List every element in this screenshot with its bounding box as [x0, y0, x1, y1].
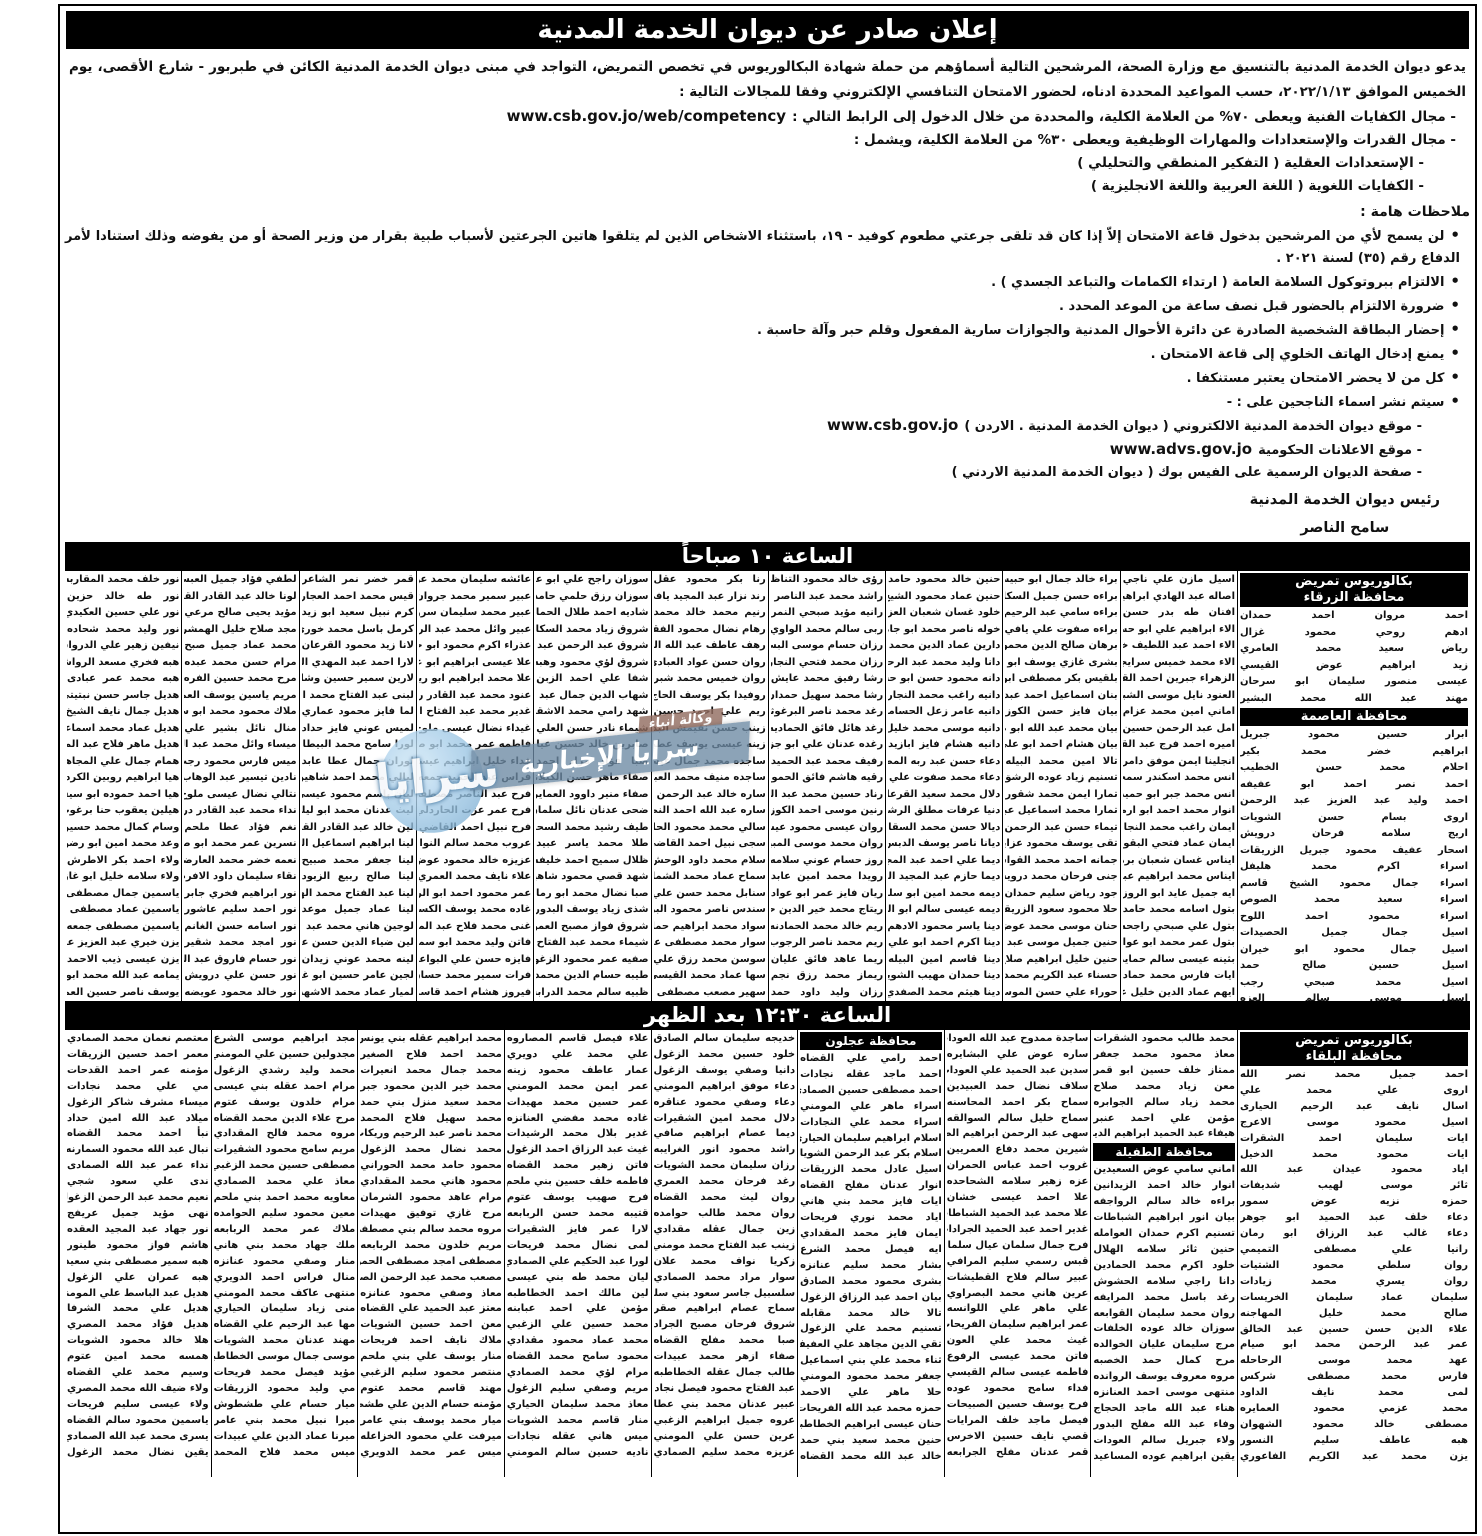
- candidate-name: نيفين زهير علي الدرواشي: [67, 638, 179, 655]
- candidate-name: غاده محمد يوسف الكسواني: [419, 902, 531, 919]
- notes-title: ملاحظات هامة :: [65, 200, 1470, 224]
- signature-block: رئيس ديوان الخدمة المدنية سامح الناصر: [1250, 492, 1440, 536]
- field-text: - الإستعدادات العقلية ( التفكير المنطقي …: [1077, 155, 1424, 171]
- candidate-name: فرح يوسف حسين الصبيحات: [947, 1397, 1089, 1413]
- candidate-name: سها عماد محمد القيسي: [654, 968, 766, 985]
- candidate-name: جود رياض سليم حمدان: [1005, 886, 1117, 903]
- candidate-name: محمد طالب محمود الشقرات: [1093, 1031, 1235, 1047]
- bullet-icon: •: [1444, 344, 1460, 362]
- candidate-name: غدير احمد عبد الحميد الجرادات: [947, 1222, 1089, 1238]
- candidate-name: علاء فيصل قاسم المصاروه: [507, 1031, 649, 1047]
- candidate-name: بيان هشام احمد ابو علي: [1005, 737, 1117, 754]
- candidate-name: اسراء سعيد محمد الصوص: [1240, 892, 1468, 909]
- names-column: معتصم نعمان محمد الصماديمعمر احمد حسين ا…: [65, 1030, 211, 1477]
- candidate-name: لطفي فؤاد جميل العبسي: [184, 572, 296, 589]
- candidate-name: هيا احمد حموده ابو سيف: [67, 787, 179, 804]
- candidate-name: فرح نبيل احمد القاضي: [419, 820, 531, 837]
- candidate-name: لورا عبد الحكيم علي الصمادي: [507, 1254, 649, 1270]
- candidate-name: العنود نايل موسى الشباطات: [1123, 688, 1235, 705]
- candidate-name: ساجده منيف محمد العبسه: [654, 770, 766, 787]
- candidate-name: خلود اكرم محمد الحمادين: [1093, 1258, 1235, 1274]
- candidate-name: اسراء اكرم محمد هليفل: [1240, 859, 1468, 876]
- candidate-name: ايه جميل عايد ابو الروز: [1123, 886, 1235, 903]
- candidate-name: ميرنا عماد الدين علي عبيدات: [214, 1429, 356, 1445]
- candidate-name: اسحار عفيف محمود جبريل الزريقات: [1240, 843, 1468, 860]
- candidate-name: محمد عماد محمود مقدادي: [507, 1333, 649, 1349]
- candidate-name: فرح عبد الناصر مصطفى الاعمر: [419, 787, 531, 804]
- names-column: بكالوريوس تمريض محافظة الزرقاءاحمد مروان…: [1237, 571, 1470, 1001]
- candidate-name: ديما حازم عبد المجيد الخلايله: [888, 869, 1000, 886]
- candidate-name: غيداء نضال عيسى ملوح: [419, 721, 531, 738]
- candidate-name: معاذ محمود محمد جعفر: [1093, 1047, 1235, 1063]
- candidate-name: شروق فواز مصبح العمور: [536, 919, 648, 936]
- candidate-name: معن زياد محمد صلاح: [1093, 1079, 1235, 1095]
- candidate-name: قبس رسمي سليم المرافي: [947, 1254, 1089, 1270]
- candidate-name: طيف رشيد محمد السحبان: [536, 820, 648, 837]
- candidate-name: منار يوسف علي بني ملحم: [360, 1349, 502, 1365]
- candidate-name: لينا صالح ربيع الزيود: [302, 869, 414, 886]
- note-item: •كل من لا يحضر الامتحان يعتبر مستنكفا .: [65, 366, 1470, 390]
- candidate-name: دانا راجي سلامه الحشوش: [1093, 1274, 1235, 1290]
- candidate-name: حنين خالد محمود حامد: [888, 572, 1000, 589]
- candidate-name: لين خالد عبد القادر القدسيه: [302, 820, 414, 837]
- candidate-name: لبنى عبد الفتاح محمد الترك: [302, 688, 414, 705]
- candidate-name: محمود هاني محمد المقدادي: [360, 1174, 502, 1190]
- names-column: علاء فيصل قاسم المصاروهعلي محمد علي دوير…: [504, 1030, 651, 1477]
- candidate-name: زكريا نواف محمد علان: [654, 1254, 796, 1270]
- candidate-name: ولاء احمد بكر الاطرش: [67, 853, 179, 870]
- candidate-name: اروى علي محمد علي: [1240, 1083, 1468, 1099]
- candidate-name: شفا علي احمد الزبن: [536, 671, 648, 688]
- candidate-name: ايات فايز محمد بني هاني: [800, 1194, 942, 1210]
- candidate-name: مرام خلدون يوسف عتوم: [214, 1095, 356, 1111]
- candidate-name: رياض سعيد محمد العامري: [1240, 641, 1468, 658]
- bullet-icon: •: [1444, 272, 1460, 290]
- candidate-name: كرم نبيل سعيد ابو زيد: [302, 605, 414, 622]
- candidate-name: علا عيسى ابراهيم ابو عوده: [419, 655, 531, 672]
- candidate-name: نور حسام فاروق عبد النبي: [184, 952, 296, 969]
- candidate-name: معاذ محمد سليمان الحياري: [507, 1397, 649, 1413]
- note-url-link[interactable]: www.csb.gov.jo: [821, 416, 964, 434]
- candidate-name: معمر احمد حسين الزريقات: [67, 1047, 209, 1063]
- intro-paragraph: يدعو ديوان الخدمة المدنية بالتنسيق مع وز…: [69, 55, 1466, 105]
- candidate-name: دعاء محمد صفوت علي يافي: [888, 770, 1000, 787]
- candidate-name: ياسمين عماد مصطفى محمد سعاده: [67, 902, 179, 919]
- candidate-name: معاذ علي محمد الصمادي: [214, 1174, 356, 1190]
- candidate-name: فاتن محمد عيسى الرفوع: [947, 1349, 1089, 1365]
- candidate-name: فداء سامح محمود عوده: [947, 1381, 1089, 1397]
- candidate-name: عمر عبد الرحمن محمد ابو صيام: [1240, 1337, 1468, 1353]
- candidate-name: عمر ايمن محمد المومني: [507, 1079, 649, 1095]
- candidate-name: اسيل جمال محمود ابو خيران: [1240, 942, 1468, 959]
- candidate-name: غاده محمد مفضي العنانزه: [507, 1111, 649, 1127]
- candidate-name: رزان وليد داود حمد: [771, 985, 883, 1002]
- candidate-name: مها عبد الرحيم علي القضاه: [214, 1317, 356, 1333]
- candidate-name: بيان فايز حسن الكوز: [1005, 704, 1117, 721]
- note-subitem: - موقع ديوان الخدمة المدنية الالكتروني (…: [65, 414, 1470, 438]
- candidate-name: محمد ناصر عبد الرحيم وريكات: [360, 1126, 502, 1142]
- candidate-name: شروق عبد الرحمن عبد القادر حيحه: [536, 638, 648, 655]
- candidate-name: علاء نايف محمد العمري: [419, 869, 531, 886]
- candidate-name: لارا احمد عبد المهدي الشنافيه: [302, 655, 414, 672]
- candidate-name: راشد محمد عبد الناصر السويلمي: [771, 589, 883, 606]
- candidate-name: مؤمن علي احمد عبابنه: [507, 1301, 649, 1317]
- candidate-name: روان ليث محمد القضاه: [654, 1190, 796, 1206]
- candidate-name: ميس عمر محمد الدويري: [360, 1445, 502, 1461]
- candidate-name: اريج سلامه فرحان درويش: [1240, 826, 1468, 843]
- candidate-name: سوار مراد محمد الصمادي: [654, 1270, 796, 1286]
- candidate-name: مي وليد محمود الزريقات: [214, 1381, 356, 1397]
- candidate-name: ايمان راغب محمد النجار: [1123, 820, 1235, 837]
- session1-names-table: بكالوريوس تمريض محافظة الزرقاءاحمد مروان…: [65, 570, 1470, 1001]
- field-line: - الإستعدادات العقلية ( التفكير المنطقي …: [65, 152, 1470, 175]
- names-column: رنا بكر محمود عقلرند نزار عبد المجيد ياف…: [651, 571, 768, 1001]
- page-frame: إعلان صادر عن ديوان الخدمة المدنية يدعو …: [58, 4, 1477, 1534]
- candidate-name: ابراهيم خضر محمد بكير: [1240, 744, 1468, 761]
- candidate-name: يقين نضال محمد الزغول: [67, 1445, 209, 1461]
- candidate-name: شروق زياد محمد السكارنه: [536, 622, 648, 639]
- candidate-name: مرج سليمان عليان الخوالده: [1093, 1337, 1235, 1353]
- candidate-name: افنان طه بدر حسن: [1123, 605, 1235, 622]
- candidate-name: سلسبيل جاسر سعود بني سلمان: [654, 1286, 796, 1302]
- candidate-name: رقيه هاشم فائق الحموري: [771, 770, 883, 787]
- candidate-name: فاتن وليد محمد ابو سمره: [419, 935, 531, 952]
- candidate-name: الاء محمد خميس سرايجه: [1123, 655, 1235, 672]
- candidate-name: جعفر محمد محمود المومني: [800, 1369, 942, 1385]
- candidate-name: عبير محمد سليمان سرور: [419, 605, 531, 622]
- candidate-name: ملك جهاد محمد بني هاني: [214, 1238, 356, 1254]
- candidate-name: وسام كمال محمد حسين: [67, 820, 179, 837]
- candidate-name: نور حسن علي درويش: [184, 968, 296, 985]
- candidate-name: روان حسن عواد العبادي: [654, 655, 766, 672]
- candidate-name: علا محمد ابراهيم ابو ريا: [419, 671, 531, 688]
- candidate-name: روان محمد موسى المبيضين: [771, 836, 883, 853]
- candidate-name: شروق فرحان مصبح الجراد: [654, 1317, 796, 1333]
- candidate-name: حنان عيسى ابراهيم الخطاطبه: [800, 1417, 942, 1433]
- candidate-name: وعد محمد امين ابو رضوان: [67, 836, 179, 853]
- candidate-name: ليان محمد طه بني عيسى: [507, 1270, 649, 1286]
- candidate-name: هاشم فواز محمود طينور: [67, 1238, 209, 1254]
- candidate-name: ريم خالد محمد الحمادنه: [771, 919, 883, 936]
- candidate-name: قيس محمد احمد العجارمه: [302, 589, 414, 606]
- candidate-name: فرح جمال سلمان عيال سلمان: [947, 1238, 1089, 1254]
- candidate-name: نبأ احمد محمد القضاه: [67, 1126, 209, 1142]
- candidate-name: منتهى موسى احمد العنانزه: [1093, 1385, 1235, 1401]
- candidate-name: هديل ماهر فلاح عبد المهدي: [67, 737, 179, 754]
- candidate-name: همام جمال علي المجاهد: [67, 754, 179, 771]
- candidate-name: ديما علي احمد عبد المجيد: [888, 853, 1000, 870]
- candidate-name: دانيه هشام فايز ابازيد: [888, 737, 1000, 754]
- candidate-name: سهى عبد الرحمن ابراهيم الصقور: [947, 1126, 1089, 1142]
- candidate-name: اسيل عادل محمد الزريقات: [800, 1162, 942, 1178]
- candidate-name: قصي نايف حسين الاخرس: [947, 1429, 1089, 1445]
- candidate-name: رنيم محمد خالد محمد: [654, 605, 766, 622]
- candidate-name: هيا ابراهيم روبين الكرداسي: [67, 770, 179, 787]
- candidate-name: ريما عاهد فائق عليان: [771, 952, 883, 969]
- candidate-name: مرح محمد حسين الفره: [184, 671, 296, 688]
- candidate-name: معين محمود سليم الحوامده: [214, 1206, 356, 1222]
- candidate-name: حنين خليل ابراهيم صلاح: [1005, 952, 1117, 969]
- candidate-name: مروه محمد سالم بني مصطفى: [360, 1222, 502, 1238]
- candidate-name: هبه سمير مصطفى بني سعيد: [67, 1254, 209, 1270]
- candidate-name: عبير سمير محمد جروان: [419, 589, 531, 606]
- candidate-name: دينا ياسر محمود الادهم: [888, 919, 1000, 936]
- candidate-name: ساجدة ممدوح عبد الله العودات: [947, 1031, 1089, 1047]
- candidate-name: يزن عيسى ذيب الاحمد: [67, 952, 179, 969]
- candidate-name: ساره عبد الله احمد النصر: [654, 803, 766, 820]
- candidate-name: سهير مصعب مصطفى ابو حيه: [654, 985, 766, 1002]
- candidate-name: نعيم محمد عبد الرحمن الزغول: [67, 1190, 209, 1206]
- candidate-name: لين ضياء الدين حسن علاونه: [302, 935, 414, 952]
- candidate-name: رفيف محمد عبد الحميد عواد: [771, 754, 883, 771]
- candidate-name: نعمه خضر محمد العارضه: [184, 853, 296, 870]
- candidate-name: عمر محمود احمد ابو الرب: [419, 886, 531, 903]
- candidate-name: رغد فرحان محمد العمري: [654, 1174, 796, 1190]
- candidate-name: لينا جعفر محمد صبيح: [302, 853, 414, 870]
- candidate-name: روان يسري محمد زيادات: [1240, 1274, 1468, 1290]
- candidate-name: لارين سمير حسين وشاح: [302, 671, 414, 688]
- candidate-name: ملاك نايف احمد فريحات: [360, 1333, 502, 1349]
- candidate-name: تسنيم محمد علي الزغول: [800, 1321, 942, 1337]
- candidate-name: لينه محمد عوني زيدان: [302, 952, 414, 969]
- candidate-name: ميساء وائل محمد عبد الرحمن: [184, 737, 296, 754]
- candidate-name: نور طه خالد حزين: [67, 589, 179, 606]
- candidate-name: حمزه نزيه عوض سمور: [1240, 1194, 1468, 1210]
- bullet-icon: •: [1444, 368, 1460, 386]
- governorate-header: بكالوريوس تمريض محافظة البلقاء: [1240, 1032, 1468, 1066]
- candidate-name: شهد قصي محمود شاهين: [536, 869, 648, 886]
- candidate-name: فاطمه عيسى سالم القيسي: [947, 1365, 1089, 1381]
- candidate-name: روان خميس محمد شبراوى: [654, 671, 766, 688]
- candidate-name: روان عيسى محمود عيسى: [771, 820, 883, 837]
- candidate-name: فايزه حسن علي البواعنه: [419, 952, 531, 969]
- candidate-name: ريماز محمد رزق نجم: [771, 968, 883, 985]
- candidate-name: رانيه مؤيد صبحي النمر: [771, 605, 883, 622]
- candidate-name: رغده عدنان علي ابو جزر: [771, 737, 883, 754]
- candidate-name: ايات سليمان احمد الشقرات: [1240, 1131, 1468, 1147]
- candidate-name: لما فايز محمود عماري: [302, 704, 414, 721]
- candidate-name: قتيبه محمد حسن الربابعه: [507, 1206, 649, 1222]
- candidate-name: شاديه احمد طلال الحمادنه: [536, 605, 648, 622]
- candidate-name: ديانا ناصر يوسف الدبس: [888, 836, 1000, 853]
- candidate-name: ايمان عماد فتحي البقور: [1123, 836, 1235, 853]
- candidate-name: نور خالد محمود عويضه: [184, 985, 296, 1002]
- candidate-name: انوار محمد احمد ابو ارميس: [1123, 803, 1235, 820]
- candidate-name: يوسف ناصر حسين العمري: [67, 985, 179, 1002]
- candidate-name: امل عبد الرحمن حسين اليماني: [1123, 721, 1235, 738]
- candidate-name: سنابل محمد حسن علي: [654, 886, 766, 903]
- candidate-name: يزن خيري عبد العزيز عمار: [67, 935, 179, 952]
- candidate-name: معاويه محمد احمد بني ملحم: [214, 1190, 356, 1206]
- candidate-name: صفاء ازهر محمد عبيدات: [654, 1349, 796, 1365]
- notes-list: •لن يسمح لأي من المرشحين بدخول قاعة الام…: [65, 224, 1470, 484]
- candidate-name: بلقيس بكر مصطفى ابو بكر: [1005, 671, 1117, 688]
- candidate-name: منال فراس احمد الدويري: [214, 1270, 356, 1286]
- candidate-name: سلام محمد داود الوحش: [654, 853, 766, 870]
- candidate-name: اسال نايف عبد الرحيم الحيارى: [1240, 1099, 1468, 1115]
- candidate-name: بشرى غازي يوسف ابو مرشد: [1005, 655, 1117, 672]
- candidate-name: رانيا علي مصطفى التميمي: [1240, 1242, 1468, 1258]
- names-column: ساجدة ممدوح عبد الله العوداتساره عوض علي…: [944, 1030, 1091, 1477]
- candidate-name: طالب جمال عقله الخطاطبه: [654, 1365, 796, 1381]
- candidate-name: دانا وليد محمد عبد الرحمن: [888, 655, 1000, 672]
- candidate-name: ميس هاني عقله نجادات: [507, 1429, 649, 1445]
- candidate-name: ميس فارس محمود رجب: [184, 754, 296, 771]
- candidate-name: محمد سهيل فلاح المحمد: [360, 1111, 502, 1127]
- note-item: •يمنع إدخال الهاتف الخلوي إلى قاعة الامت…: [65, 342, 1470, 366]
- candidate-name: خالد عبد الله محمد القضاه: [800, 1449, 942, 1465]
- candidate-name: عمار عاطف محمود زينه: [507, 1063, 649, 1079]
- field-text: - مجال الكفايات الفنية ويعطى ٧٠% من العل…: [792, 109, 1456, 125]
- candidate-name: نبال عبد الله محمود السمارنه: [67, 1142, 209, 1158]
- candidate-name: فاطمه خلف حسين بني ملحم: [507, 1174, 649, 1190]
- candidate-name: حلا محمود سعود الزريقات: [1005, 902, 1117, 919]
- candidate-name: حوراء علي حسن الموسوي: [1005, 985, 1117, 1002]
- candidate-name: مؤيد فيصل محمد فريحات: [214, 1365, 356, 1381]
- candidate-name: دانه محمود حسن ابو حشيش: [888, 671, 1000, 688]
- candidate-name: مريم خلدون محمد الربابعه: [360, 1238, 502, 1254]
- candidate-name: عهد محمد موسى الرحاحله: [1240, 1353, 1468, 1369]
- candidate-name: مصطفى امجد مصطفى الحمود: [360, 1254, 502, 1270]
- candidate-name: ياسمين محمود سالم القضاه: [67, 1413, 209, 1429]
- candidate-name: قمر خضر نمر الشاعر: [302, 572, 414, 589]
- candidate-name: خديجه سليمان سالم الصادق: [654, 1031, 796, 1047]
- candidate-name: حنين محمد سعيد بني حمد: [800, 1433, 942, 1449]
- session2-names-table: بكالوريوس تمريض محافظة البلقاءاحمد جميل …: [65, 1029, 1470, 1477]
- candidate-name: انس محمد اسكندر سمحه: [1123, 770, 1235, 787]
- candidate-name: ميرا نبيل محمد بني عامر: [214, 1413, 356, 1429]
- candidate-name: تالا امين محمد البيله: [1005, 754, 1117, 771]
- candidate-name: بيان احمد عبد الرزاق الزغول: [800, 1290, 942, 1306]
- candidate-name: دانيه راغب محمد النجار: [888, 688, 1000, 705]
- candidate-name: مرام عاهد محمود الشرمان: [360, 1190, 502, 1206]
- candidate-name: اروى بسام حسن الشويات: [1240, 810, 1468, 827]
- candidate-name: اماني سامي عوض السعيدين: [1093, 1162, 1235, 1178]
- candidate-name: دنيا عرفات مطلق الرشق: [888, 803, 1000, 820]
- governorate-header: محافظة العاصمة: [1240, 708, 1468, 726]
- candidate-name: نور احمد سليم عاشور: [184, 902, 296, 919]
- candidate-name: محمد احمد فلاح الصغير: [360, 1047, 502, 1063]
- candidate-name: سوزان خالد عوده الخلفات: [1093, 1321, 1235, 1337]
- candidate-name: تسنيم اكرم حمدان العوامله: [1093, 1226, 1235, 1242]
- candidate-name: تسنيم زياد عوده الرشق: [1005, 770, 1117, 787]
- candidate-name: دينا قاسم امين البيله: [888, 952, 1000, 969]
- candidate-name: ليالي محمد احمد شاهين: [302, 770, 414, 787]
- note-subtext: - موقع الاعلانات الحكومية: [1258, 443, 1422, 458]
- candidate-name: زين جمال عقله مقدادي: [654, 1222, 796, 1238]
- candidate-name: عرين حسن علي المومني: [654, 1429, 796, 1445]
- candidate-name: محمود حامد محمد الحوراني: [360, 1158, 502, 1174]
- candidate-name: اياد محمود عيدان عبد الله: [1240, 1162, 1468, 1178]
- candidate-name: موسى جمال موسى الخطاطبه: [214, 1349, 356, 1365]
- candidate-name: ديمه محمد امين ابو سليم: [888, 886, 1000, 903]
- candidate-name: ربى سالم محمد الواوي: [771, 622, 883, 639]
- candidate-name: ميلاد عبد الله امين حداد: [67, 1111, 209, 1127]
- candidate-name: عروه جميل ابراهيم الزغبي: [654, 1413, 796, 1429]
- candidate-name: براءه خالد سالم الرواجفه: [1093, 1194, 1235, 1210]
- candidate-name: نور وليد محمد شحاده: [67, 622, 179, 639]
- candidate-name: لوران جمال عطا عابد: [302, 754, 414, 771]
- candidate-name: لين مالك احمد الخطاطبه: [507, 1286, 649, 1302]
- candidate-name: صبا نضال محمد ابو رمان: [536, 886, 648, 903]
- field-line: - مجال الكفايات الفنية ويعطى ٧٠% من العل…: [65, 105, 1470, 129]
- candidate-name: رزان حسام موسى البستنجي: [771, 638, 883, 655]
- names-column: مجد ابراهيم موسى الشرعمجدولين حسين علي ا…: [211, 1030, 358, 1477]
- candidate-name: اسراء جمال محمود الشيخ قاسم: [1240, 876, 1468, 893]
- candidate-name: معتصم نعمان محمد الصمادي: [67, 1031, 209, 1047]
- candidate-name: حنين ثائر سلامه الهلال: [1093, 1242, 1235, 1258]
- candidate-name: نقاء سليمان داود الافرم: [184, 869, 296, 886]
- candidate-name: اسيل محمد صبحي رجب: [1240, 975, 1468, 992]
- candidate-name: لينا ابراهيم اسماعيل الجعيدي: [302, 836, 414, 853]
- note-url-link[interactable]: www.advs.gov.jo: [1104, 440, 1258, 458]
- candidate-name: ثناء محمد علي بني اسماعيل: [800, 1353, 942, 1369]
- candidate-name: دانيا وصفي يوسف الزغول: [654, 1063, 796, 1079]
- candidate-name: فراس عبد الحميد جمعه قنديل: [419, 770, 531, 787]
- candidate-name: محمد نضال محمد الزغول: [360, 1142, 502, 1158]
- note-text: سيتم نشر اسماء الناجحين على : -: [1227, 395, 1445, 410]
- field-text: - مجال القدرات والإستعدادات والمهارات ال…: [854, 132, 1456, 148]
- signature-title: رئيس ديوان الخدمة المدنية: [1250, 492, 1440, 508]
- candidate-name: احمد رامي علي القضاه: [800, 1051, 942, 1067]
- candidate-name: هلا خالد محمود الشويات: [67, 1333, 209, 1349]
- session2-title-bar: الساعة ١٢:٣٠ بعد الظهر: [65, 1001, 1470, 1029]
- candidate-name: بتول عمر محمد ابو عواد: [1123, 935, 1235, 952]
- candidate-name: ابرار حسين محمود جبريل: [1240, 727, 1468, 744]
- candidate-name: سواد محمد ابراهيم حمايده: [654, 919, 766, 936]
- note-text: الالتزام ببروتوكول السلامة العامة ( ارتد…: [991, 275, 1444, 290]
- candidate-name: مرام احمد عقله بني عيسى: [214, 1079, 356, 1095]
- candidate-name: ممتاز خلف حسين ابو قمر: [1093, 1063, 1235, 1079]
- candidate-name: بشرى محمود محمد الصادق: [800, 1274, 942, 1290]
- candidate-name: مهند عبد الله محمد البشير: [1240, 691, 1468, 708]
- candidate-name: رزان محمد فتحي النجار: [771, 655, 883, 672]
- candidate-name: نور جهاد عبد المجيد العقده: [67, 1222, 209, 1238]
- candidate-name: ياسمين جمال مصطفى طوقان: [67, 886, 179, 903]
- candidate-name: محمد وليد رشدي الزغول: [214, 1063, 356, 1079]
- candidate-name: الاء ابراهيم علي ابو حسن: [1123, 622, 1235, 639]
- names-column: بكالوريوس تمريض محافظة البلقاءاحمد جميل …: [1237, 1030, 1470, 1477]
- candidate-name: روان محمد سليمان القوابعه: [1093, 1306, 1235, 1322]
- note-subtext: - موقع ديوان الخدمة المدنية الالكتروني (…: [964, 419, 1422, 434]
- candidate-name: نور اسامه حسن الغانم: [184, 919, 296, 936]
- candidate-name: حنان موسى محمد عوض: [1005, 919, 1117, 936]
- names-column: رؤى خالد محمود التناظورراشد محمد عبد الن…: [768, 571, 885, 1001]
- candidate-name: دعاء موفق ابراهيم المومني: [654, 1079, 796, 1095]
- candidate-name: عزيزه محمد سليم الصمادي: [654, 1445, 796, 1461]
- candidate-name: لجين عامر حسين ابو غليون: [302, 968, 414, 985]
- names-column: سوزان راجح علي ابو عوفسوزان رزق حلمي حام…: [533, 571, 650, 1001]
- candidate-name: اسيل موسى سالم العزه: [1240, 991, 1468, 1001]
- candidate-name: عذراء اكرم محمود ابو حماد: [419, 638, 531, 655]
- candidate-name: لارا عمر فايز الشقيرات: [507, 1222, 649, 1238]
- candidate-name: رزان سليمان محمد الشويات: [654, 1158, 796, 1174]
- candidate-name: صالح محمد خليل المهاجنه: [1240, 1306, 1468, 1322]
- candidate-name: ناديه حسين سالم المومني: [507, 1445, 649, 1461]
- candidate-name: هديل جاسر حسن نبتيتي: [67, 688, 179, 705]
- candidate-name: سماح بكر احمد المحاسنه: [947, 1095, 1089, 1111]
- field-url-link[interactable]: www.csb.gov.jo/web/competency: [501, 107, 792, 125]
- candidate-name: عبير وائل محمد عبد الرحمن: [419, 622, 531, 639]
- candidate-name: خلود غسان شعبان العزام: [888, 605, 1000, 622]
- candidate-name: عائشه سليمان محمد عواد: [419, 572, 531, 589]
- candidate-name: نور علي حسين العكيدي: [67, 605, 179, 622]
- candidate-name: حسناء عبد الكريم محمد زايد: [1005, 968, 1117, 985]
- candidate-name: اسلام بكر عبد الرحمن الشويات: [800, 1146, 942, 1162]
- candidate-name: فاتن زهير محمد القضاه: [507, 1158, 649, 1174]
- names-column: براء خالد جمال ابو حبيشبراءه حسن جميل ال…: [1002, 571, 1119, 1001]
- note-subtext: - صفحة الديوان الرسمية على الفيس بوك ( د…: [952, 465, 1422, 480]
